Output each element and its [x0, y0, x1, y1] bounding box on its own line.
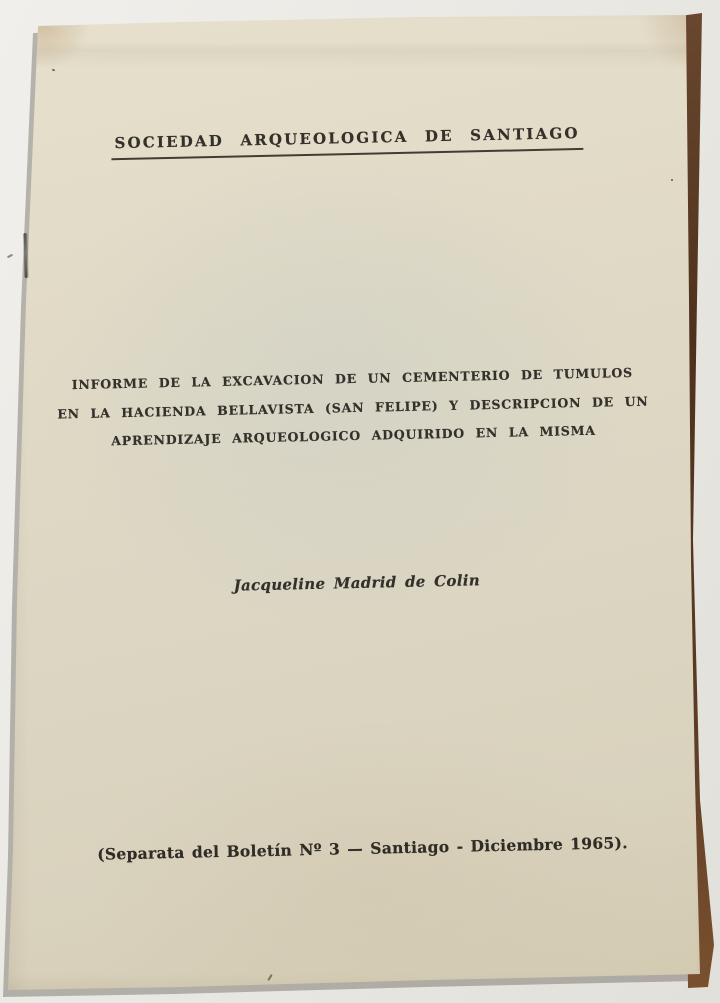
- photo-background: SOCIEDAD ARQUEOLOGICA DE SANTIAGO INFORM…: [0, 0, 720, 1003]
- society-name: SOCIEDAD ARQUEOLOGICA DE SANTIAGO: [111, 124, 583, 160]
- printed-text-layer: SOCIEDAD ARQUEOLOGICA DE SANTIAGO INFORM…: [7, 16, 704, 989]
- imprint-line: (Separata del Boletín Nº 3 — Santiago - …: [24, 832, 700, 866]
- society-header: SOCIEDAD ARQUEOLOGICA DE SANTIAGO: [9, 121, 685, 163]
- author-name: Jacqueline Madrid de Colin: [19, 567, 695, 600]
- report-title: INFORME DE LA EXCAVACION DE UN CEMENTERI…: [14, 358, 692, 458]
